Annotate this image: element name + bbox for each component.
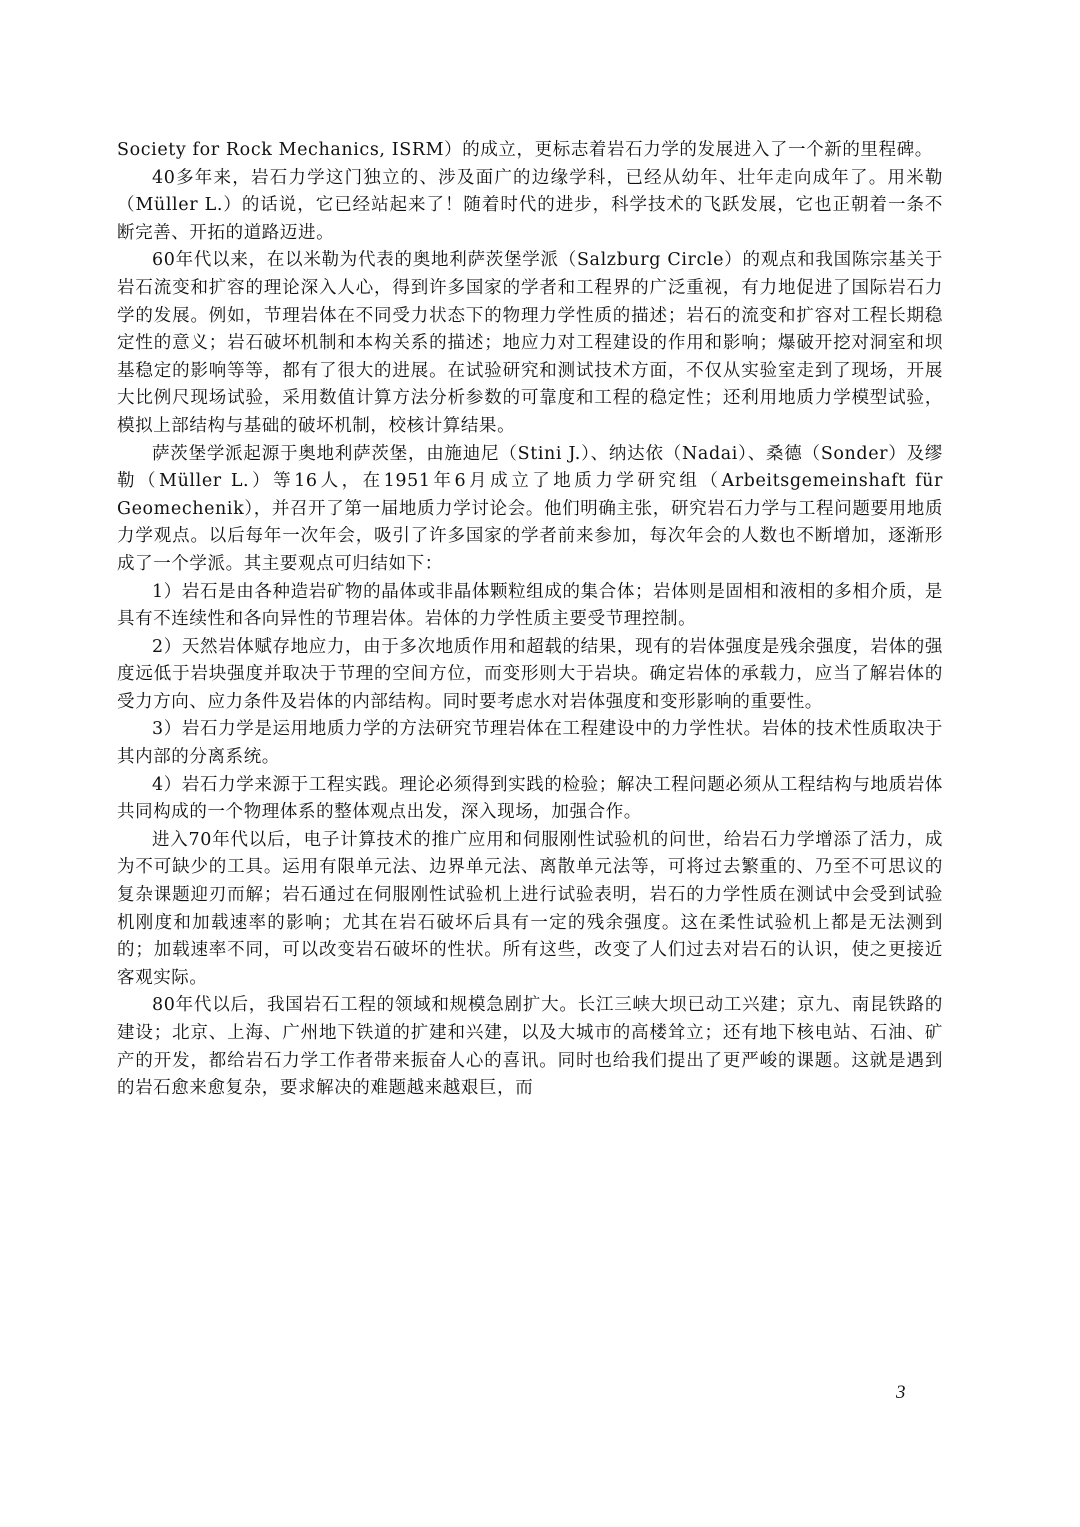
paragraph-isrm-continuation: Society for Rock Mechanics, ISRM）的成立，更标志…	[117, 137, 943, 165]
list-item-point-2: 2）天然岩体赋存地应力，由于多次地质作用和超载的结果，现有的岩体强度是残余强度，…	[117, 634, 943, 717]
document-body: Society for Rock Mechanics, ISRM）的成立，更标志…	[117, 137, 943, 1103]
list-item-point-4: 4）岩石力学来源于工程实践。理论必须得到实践的检验；解决工程问题必须从工程结构与…	[117, 772, 943, 827]
list-item-point-1: 1）岩石是由各种造岩矿物的晶体或非晶体颗粒组成的集合体；岩体则是固相和液相的多相…	[117, 579, 943, 634]
list-item-point-3: 3）岩石力学是运用地质力学的方法研究节理岩体在工程建设中的力学性状。岩体的技术性…	[117, 716, 943, 771]
paragraph-eighties: 80年代以后，我国岩石工程的领域和规模急剧扩大。长江三峡大坝已动工兴建；京九、南…	[117, 992, 943, 1102]
page-number: 3	[896, 1382, 906, 1404]
paragraph-sixties: 60年代以来，在以米勒为代表的奥地利萨茨堡学派（Salzburg Circle）…	[117, 247, 943, 440]
paragraph-seventies: 进入70年代以后，电子计算技术的推广应用和伺服刚性试验机的问世，给岩石力学增添了…	[117, 827, 943, 993]
paragraph-forty-years: 40多年来，岩石力学这门独立的、涉及面广的边缘学科，已经从幼年、壮年走向成年了。…	[117, 165, 943, 248]
paragraph-salzburg-circle: 萨茨堡学派起源于奥地利萨茨堡，由施迪尼（Stini J.）、纳达依（Nadai）…	[117, 441, 943, 579]
